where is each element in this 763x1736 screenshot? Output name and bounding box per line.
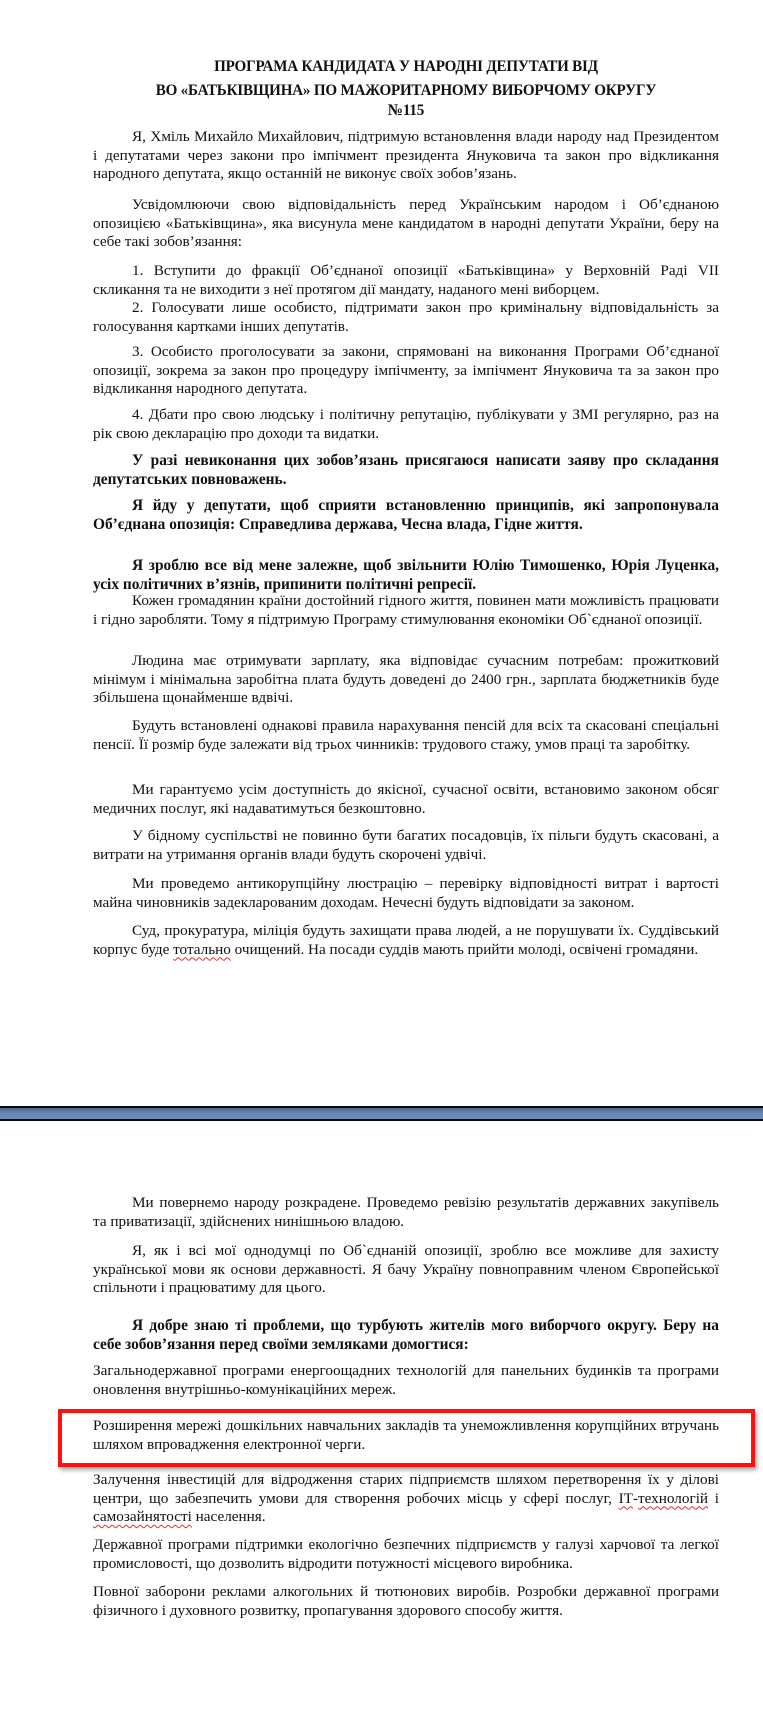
commitment-item-3: 3. Особисто проголосувати за закони, спр… — [93, 343, 719, 399]
court-text-after: очищений. На посади суддів мають прийти … — [231, 941, 698, 958]
paragraph-lustration: Ми проведемо антикорупційну люстрацію – … — [93, 875, 719, 912]
goal-investment: Залучення інвестицій для відродження ста… — [93, 1471, 719, 1527]
paragraph-salary: Людина має отримувати зарплату, яка відп… — [93, 652, 719, 708]
document-title-number: №115 — [115, 100, 697, 120]
investment-text-after: населення. — [192, 1508, 266, 1525]
spellcheck-word[interactable]: технологій — [638, 1490, 708, 1507]
goal-advertising-ban: Повної заборони реклами алкогольних й тю… — [93, 1583, 719, 1620]
spellcheck-word[interactable]: тотально — [173, 941, 231, 958]
commitment-item-2: 2. Голосувати лише особисто, підтримати … — [93, 299, 719, 336]
goal-preschool: Розширення мережі дошкільних навчальних … — [93, 1417, 719, 1454]
goal-energy-saving: Загальнодержавної програми енергоощадних… — [93, 1362, 719, 1399]
page-break-separator — [0, 1106, 763, 1121]
paragraph-officials: У бідному суспільстві не повинно бути ба… — [93, 827, 719, 864]
paragraph-economy: Кожен громадянин країни достойний гідног… — [93, 592, 719, 629]
bold-statement-resign: У разі невиконання цих зобов’язань прися… — [93, 452, 719, 489]
bold-statement-district: Я добре знаю ті проблеми, що турбують жи… — [93, 1317, 719, 1354]
paragraph-education: Ми гарантуємо усім доступність до якісно… — [93, 781, 719, 818]
conjunction: і — [708, 1490, 719, 1507]
spellcheck-word[interactable]: ІТ — [619, 1490, 633, 1507]
paragraph-audit: Ми повернемо народу розкрадене. Проведем… — [93, 1194, 719, 1231]
commitment-item-1: 1. Вступити до фракції Об’єднаної опозиц… — [93, 262, 719, 299]
awareness-paragraph: Усвідомлюючи свою відповідальність перед… — [93, 196, 719, 252]
goal-ecology: Державної програми підтримки екологічно … — [93, 1536, 719, 1573]
document-title-line-1: ПРОГРАМА КАНДИДАТА У НАРОДНІ ДЕПУТАТИ ВІ… — [115, 56, 697, 76]
intro-paragraph: Я, Хміль Михайло Михайлович, підтримую в… — [93, 128, 719, 184]
spellcheck-word[interactable]: самозайнятості — [93, 1508, 192, 1525]
paragraph-pensions: Будуть встановлені однакові правила нара… — [93, 717, 719, 754]
bold-statement-principles: Я йду у депутати, щоб сприяти встановлен… — [93, 497, 719, 534]
paragraph-language: Я, як і всі мої однодумці по Об`єднаній … — [93, 1242, 719, 1298]
document-title-line-2: ВО «БАТЬКІВЩИНА» ПО МАЖОРИТАРНОМУ ВИБОРЧ… — [115, 80, 697, 100]
bold-statement-prisoners: Я зроблю все від мене залежне, щоб звіль… — [93, 557, 719, 594]
paragraph-court: Суд, прокуратура, міліція будуть захищат… — [93, 922, 719, 959]
commitment-item-4: 4. Дбати про свою людську і політичну ре… — [93, 406, 719, 443]
